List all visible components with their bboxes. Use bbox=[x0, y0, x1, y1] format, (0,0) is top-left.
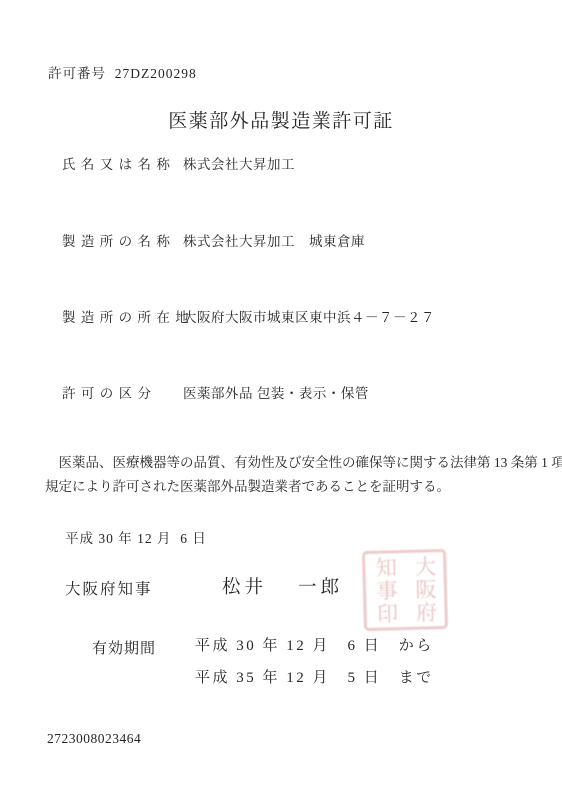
issuer-title: 大阪府知事 bbox=[65, 577, 153, 599]
validity-period-label: 有効期間 bbox=[92, 637, 156, 658]
certification-statement-line1: 医薬品、医療機器等の品質、有効性及び安全性の確保等に関する法律第 13 条第 1… bbox=[45, 451, 523, 475]
footer-document-code: 2723008023464 bbox=[47, 731, 141, 747]
field-value-factory-address: 大阪府大阪市城東区東中浜４－７－２７ bbox=[183, 306, 435, 326]
license-certificate-page: 許可番号 27DZ200298 医薬部外品製造業許可証 氏 名 又 は 名 称 … bbox=[0, 0, 562, 800]
field-value-permit-category: 医薬部外品 包装・表示・保管 bbox=[183, 382, 369, 402]
governor-seal-stamp: 大阪府 知事印 bbox=[362, 549, 448, 631]
validity-period-to: 平成 35 年 12 月 5 日 まで bbox=[195, 666, 434, 687]
field-value-name: 株式会社大昇加工 bbox=[183, 153, 295, 173]
governor-seal-left-column: 知事印 bbox=[374, 556, 397, 626]
field-value-factory-name: 株式会社大昇加工 城東倉庫 bbox=[183, 230, 365, 250]
permit-number: 許可番号 27DZ200298 bbox=[48, 62, 197, 82]
issuer-name: 松井 一郎 bbox=[222, 573, 343, 599]
validity-period-from: 平成 30 年 12 月 6 日 から bbox=[195, 634, 434, 655]
field-label-factory-name: 製 造 所 の 名 称 bbox=[62, 230, 171, 250]
document-title: 医薬部外品製造業許可証 bbox=[0, 106, 562, 133]
issue-date: 平成 30 年 12 月 6 日 bbox=[65, 527, 207, 547]
governor-seal-right-column: 大阪府 bbox=[413, 555, 436, 625]
certification-statement: 医薬品、医療機器等の品質、有効性及び安全性の確保等に関する法律第 13 条第 1… bbox=[45, 451, 523, 499]
field-label-factory-address: 製 造 所 の 所 在 地 bbox=[62, 306, 190, 326]
certification-statement-line2: 規定により許可された医薬部外品製造業者であることを証明する。 bbox=[45, 475, 523, 499]
field-label-name: 氏 名 又 は 名 称 bbox=[62, 153, 171, 173]
field-label-permit-category: 許 可 の 区 分 bbox=[62, 382, 152, 402]
